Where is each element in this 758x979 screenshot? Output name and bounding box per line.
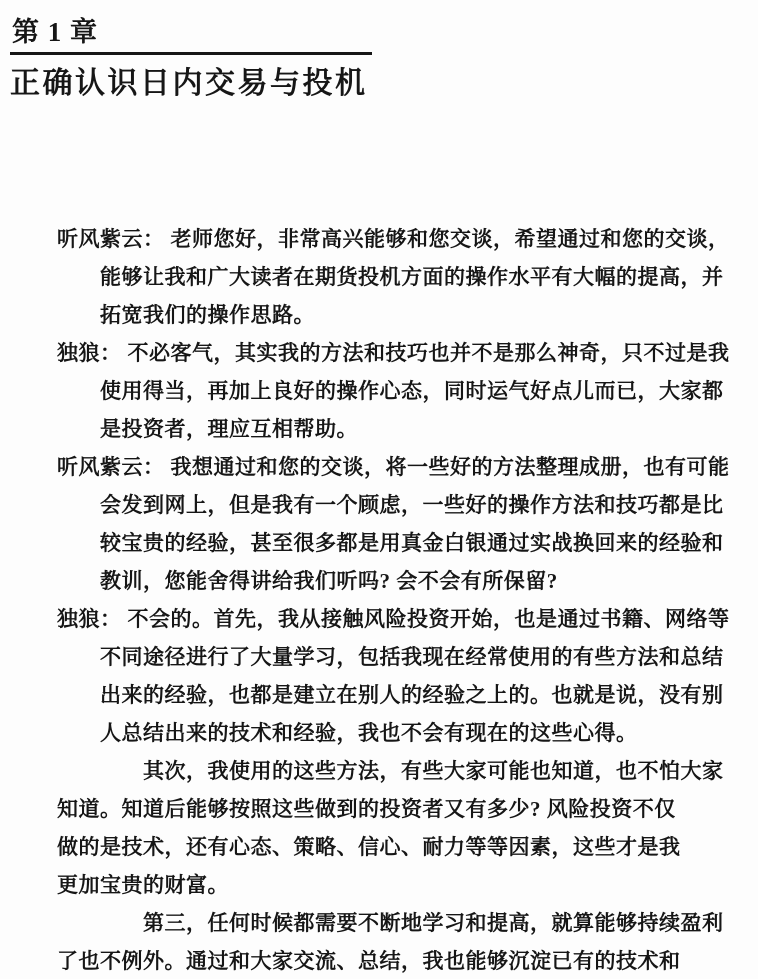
speech-text: 不必客气，其实我的方法和技巧也并不是那么神奇，只不过是我: [128, 341, 730, 365]
text-line: 是投资者，理应互相帮助。: [57, 410, 737, 448]
inner-paragraph: 第三，任何时候都需要不断地学习和提高，就算能够持续盈利了也不例外。通过和大家交流…: [57, 904, 737, 979]
text-line: 更加宝贵的财富。: [57, 866, 737, 904]
chapter-title: 正确认识日内交易与投机: [10, 58, 368, 102]
speaker-name: 独狼：: [57, 607, 122, 631]
speaker-name: 听风紫云：: [57, 455, 165, 479]
dialogue-paragraph: 听风紫云：老师您好，非常高兴能够和您交谈，希望通过和您的交谈，能够让我和广大读者…: [57, 220, 737, 334]
speaker-name: 听风紫云：: [57, 227, 165, 251]
text-line: 人总结出来的技术和经验，我也不会有现在的这些心得。: [57, 714, 737, 752]
text-line: 教训，您能舍得讲给我们听吗? 会不会有所保留?: [57, 562, 737, 600]
text-line: 拓宽我们的操作思路。: [57, 296, 737, 334]
text-line: 听风紫云：老师您好，非常高兴能够和您交谈，希望通过和您的交谈，: [57, 220, 737, 258]
text-line: 了也不例外。通过和大家交流、总结，我也能够沉淀已有的技术和: [57, 942, 737, 979]
text-line: 其次，我使用的这些方法，有些大家可能也知道，也不怕大家: [57, 752, 737, 790]
text-line: 听风紫云：我想通过和您的交谈，将一些好的方法整理成册，也有可能: [57, 448, 737, 486]
inner-paragraph: 其次，我使用的这些方法，有些大家可能也知道，也不怕大家知道。知道后能够按照这些做…: [57, 752, 737, 904]
speech-text: 老师您好，非常高兴能够和您交谈，希望通过和您的交谈，: [171, 227, 730, 251]
text-line: 出来的经验，也都是建立在别人的经验之上的。也就是说，没有别: [57, 676, 737, 714]
book-page: 第 1 章 正确认识日内交易与投机 听风紫云：老师您好，非常高兴能够和您交谈，希…: [0, 0, 758, 979]
speech-text: 我想通过和您的交谈，将一些好的方法整理成册，也有可能: [171, 455, 730, 479]
speaker-name: 独狼：: [57, 341, 122, 365]
dialogue-paragraph: 独狼：不会的。首先，我从接触风险投资开始，也是通过书籍、网络等不同途径进行了大量…: [57, 600, 737, 752]
speech-text: 不会的。首先，我从接触风险投资开始，也是通过书籍、网络等: [128, 607, 730, 631]
dialogue-paragraph: 听风紫云：我想通过和您的交谈，将一些好的方法整理成册，也有可能会发到网上，但是我…: [57, 448, 737, 600]
text-line: 第三，任何时候都需要不断地学习和提高，就算能够持续盈利: [57, 904, 737, 942]
text-line: 使用得当，再加上良好的操作心态，同时运气好点儿而已，大家都: [57, 372, 737, 410]
text-line: 较宝贵的经验，甚至很多都是用真金白银通过实战换回来的经验和: [57, 524, 737, 562]
text-line: 知道。知道后能够按照这些做到的投资者又有多少? 风险投资不仅: [57, 790, 737, 828]
text-line: 不同途径进行了大量学习，包括我现在经常使用的有些方法和总结: [57, 638, 737, 676]
text-line: 独狼：不必客气，其实我的方法和技巧也并不是那么神奇，只不过是我: [57, 334, 737, 372]
dialogue-body: 听风紫云：老师您好，非常高兴能够和您交谈，希望通过和您的交谈，能够让我和广大读者…: [57, 220, 737, 979]
text-line: 独狼：不会的。首先，我从接触风险投资开始，也是通过书籍、网络等: [57, 600, 737, 638]
header-rule: [10, 52, 372, 55]
dialogue-paragraph: 独狼：不必客气，其实我的方法和技巧也并不是那么神奇，只不过是我使用得当，再加上良…: [57, 334, 737, 448]
text-line: 会发到网上，但是我有一个顾虑，一些好的操作方法和技巧都是比: [57, 486, 737, 524]
text-line: 做的是技术，还有心态、策略、信心、耐力等等因素，这些才是我: [57, 828, 737, 866]
chapter-number: 第 1 章: [12, 10, 98, 49]
text-line: 能够让我和广大读者在期货投机方面的操作水平有大幅的提高，并: [57, 258, 737, 296]
